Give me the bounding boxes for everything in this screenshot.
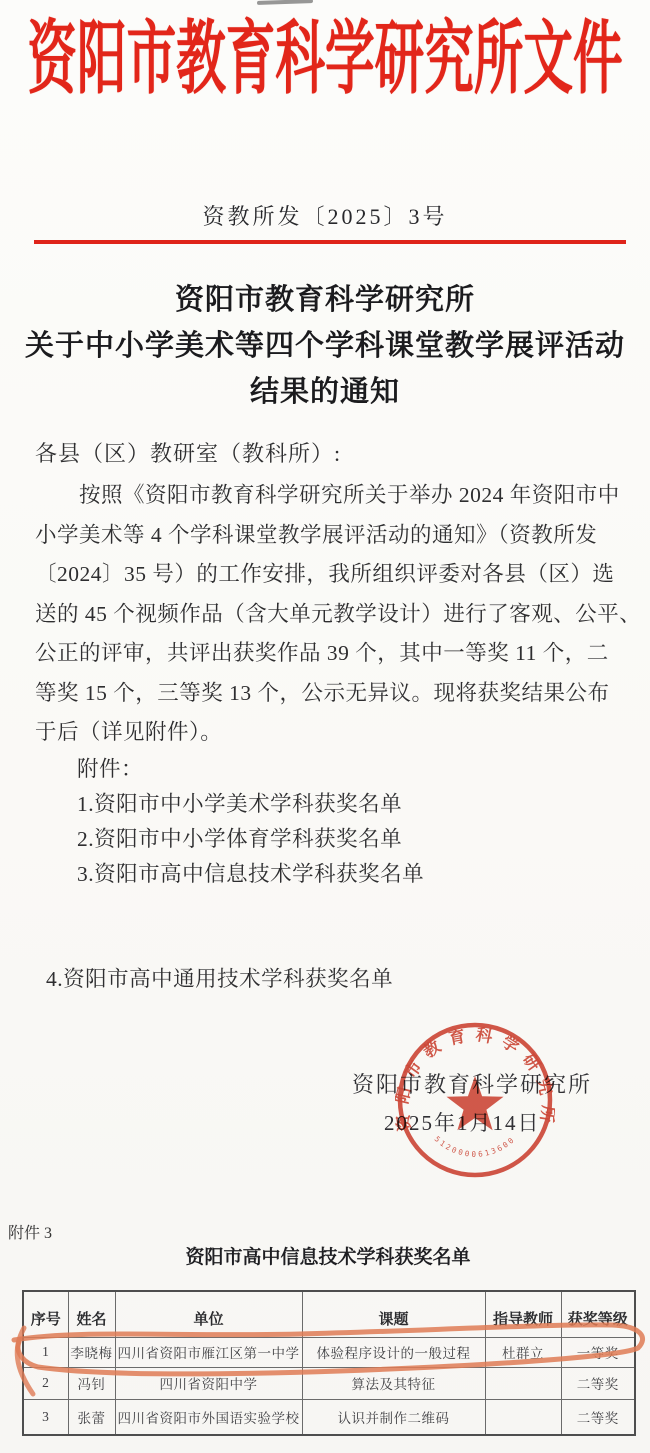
document-number: 资教所发〔2025〕3号 <box>0 204 650 230</box>
awards-table: 序号 姓名 单位 课题 指导教师 获奖等级 1 李晓梅 四川省资阳市雁江区第一中… <box>22 1290 636 1436</box>
red-header-banner: 资阳市教育科学研究所文件 <box>27 16 622 104</box>
table-row: 2 冯钊 四川省资阳中学 算法及其特征 二等奖 <box>23 1367 635 1399</box>
cell-topic: 体验程序设计的一般过程 <box>302 1337 485 1367</box>
body-line: 于后（详见附件）。 <box>35 713 625 753</box>
table-row: 3 张蕾 四川省资阳市外国语实验学校 认识并制作二维码 二等奖 <box>23 1399 635 1435</box>
document-title-line-2: 关于中小学美术等四个学科课堂教学展评活动 <box>0 323 650 369</box>
cell-award: 二等奖 <box>561 1367 635 1399</box>
appendix-label: 附件 3 <box>8 1224 52 1244</box>
cell-topic: 算法及其特征 <box>302 1367 485 1399</box>
cell-award: 一等奖 <box>561 1337 635 1367</box>
document-title-line-1: 资阳市教育科学研究所 <box>0 277 650 323</box>
attachment-item-4: 4.资阳市高中通用技术学科获奖名单 <box>46 966 393 992</box>
red-divider-rule <box>34 240 626 244</box>
cell-advisor <box>485 1367 561 1399</box>
cell-topic: 认识并制作二维码 <box>302 1399 485 1435</box>
cell-unit: 四川省资阳中学 <box>115 1367 302 1399</box>
column-header-topic: 课题 <box>302 1291 485 1337</box>
salutation: 各县（区）教研室（教科所）: <box>35 441 341 467</box>
cell-index: 3 <box>23 1399 68 1435</box>
column-header-unit: 单位 <box>115 1291 302 1337</box>
cell-advisor <box>485 1399 561 1435</box>
official-red-seal: 资阳市教育科学研究所 5120000613600 <box>395 1020 555 1180</box>
body-line: 按照《资阳市教育科学研究所关于举办 2024 年资阳市中 <box>35 476 625 516</box>
column-header-name: 姓名 <box>68 1291 115 1337</box>
body-line: 送的 45 个视频作品（含大单元教学设计）进行了客观、公平、 <box>35 595 625 635</box>
body-paragraph: 按照《资阳市教育科学研究所关于举办 2024 年资阳市中 小学美术等 4 个学科… <box>35 476 625 753</box>
column-header-index: 序号 <box>23 1291 68 1337</box>
cell-index: 2 <box>23 1367 68 1399</box>
document-title: 资阳市教育科学研究所 关于中小学美术等四个学科课堂教学展评活动 结果的通知 <box>0 277 650 415</box>
cell-advisor: 杜群立 <box>485 1337 561 1367</box>
body-line: 等奖 15 个，三等奖 13 个，公示无异议。现将获奖结果公布 <box>35 674 625 714</box>
table-row: 1 李晓梅 四川省资阳市雁江区第一中学 体验程序设计的一般过程 杜群立 一等奖 <box>23 1337 635 1367</box>
cell-unit: 四川省资阳市外国语实验学校 <box>115 1399 302 1435</box>
column-header-advisor: 指导教师 <box>485 1291 561 1337</box>
seal-star-icon <box>447 1076 504 1130</box>
body-line: 公正的评审，共评出获奖作品 39 个，其中一等奖 11 个，二 <box>35 634 625 674</box>
attachments-list: 附件： 1.资阳市中小学美术学科获奖名单 2.资阳市中小学体育学科获奖名单 3.… <box>77 752 424 892</box>
cell-award: 二等奖 <box>561 1399 635 1435</box>
attachment-item-1: 1.资阳市中小学美术学科获奖名单 <box>77 787 424 822</box>
column-header-award: 获奖等级 <box>561 1291 635 1337</box>
official-document-page: 资阳市教育科学研究所文件 资教所发〔2025〕3号 资阳市教育科学研究所 关于中… <box>0 0 650 1453</box>
cell-unit: 四川省资阳市雁江区第一中学 <box>115 1337 302 1367</box>
scan-artifact <box>257 0 313 5</box>
cell-name: 冯钊 <box>68 1367 115 1399</box>
body-line: 〔2024〕35 号）的工作安排，我所组织评委对各县（区）选 <box>35 555 625 595</box>
seal-code-text: 5120000613600 <box>433 1134 518 1158</box>
document-title-line-3: 结果的通知 <box>0 369 650 415</box>
attachment-item-2: 2.资阳市中小学体育学科获奖名单 <box>77 822 424 857</box>
cell-name: 张蕾 <box>68 1399 115 1435</box>
table-header-row: 序号 姓名 单位 课题 指导教师 获奖等级 <box>23 1291 635 1337</box>
cell-index: 1 <box>23 1337 68 1367</box>
attachment-item-3: 3.资阳市高中信息技术学科获奖名单 <box>77 857 424 892</box>
body-line: 小学美术等 4 个学科课堂教学展评活动的通知》（资教所发 <box>35 516 625 556</box>
attachments-label: 附件： <box>77 752 424 787</box>
cell-name: 李晓梅 <box>68 1337 115 1367</box>
appendix-table-title: 资阳市高中信息技术学科获奖名单 <box>22 1246 634 1270</box>
